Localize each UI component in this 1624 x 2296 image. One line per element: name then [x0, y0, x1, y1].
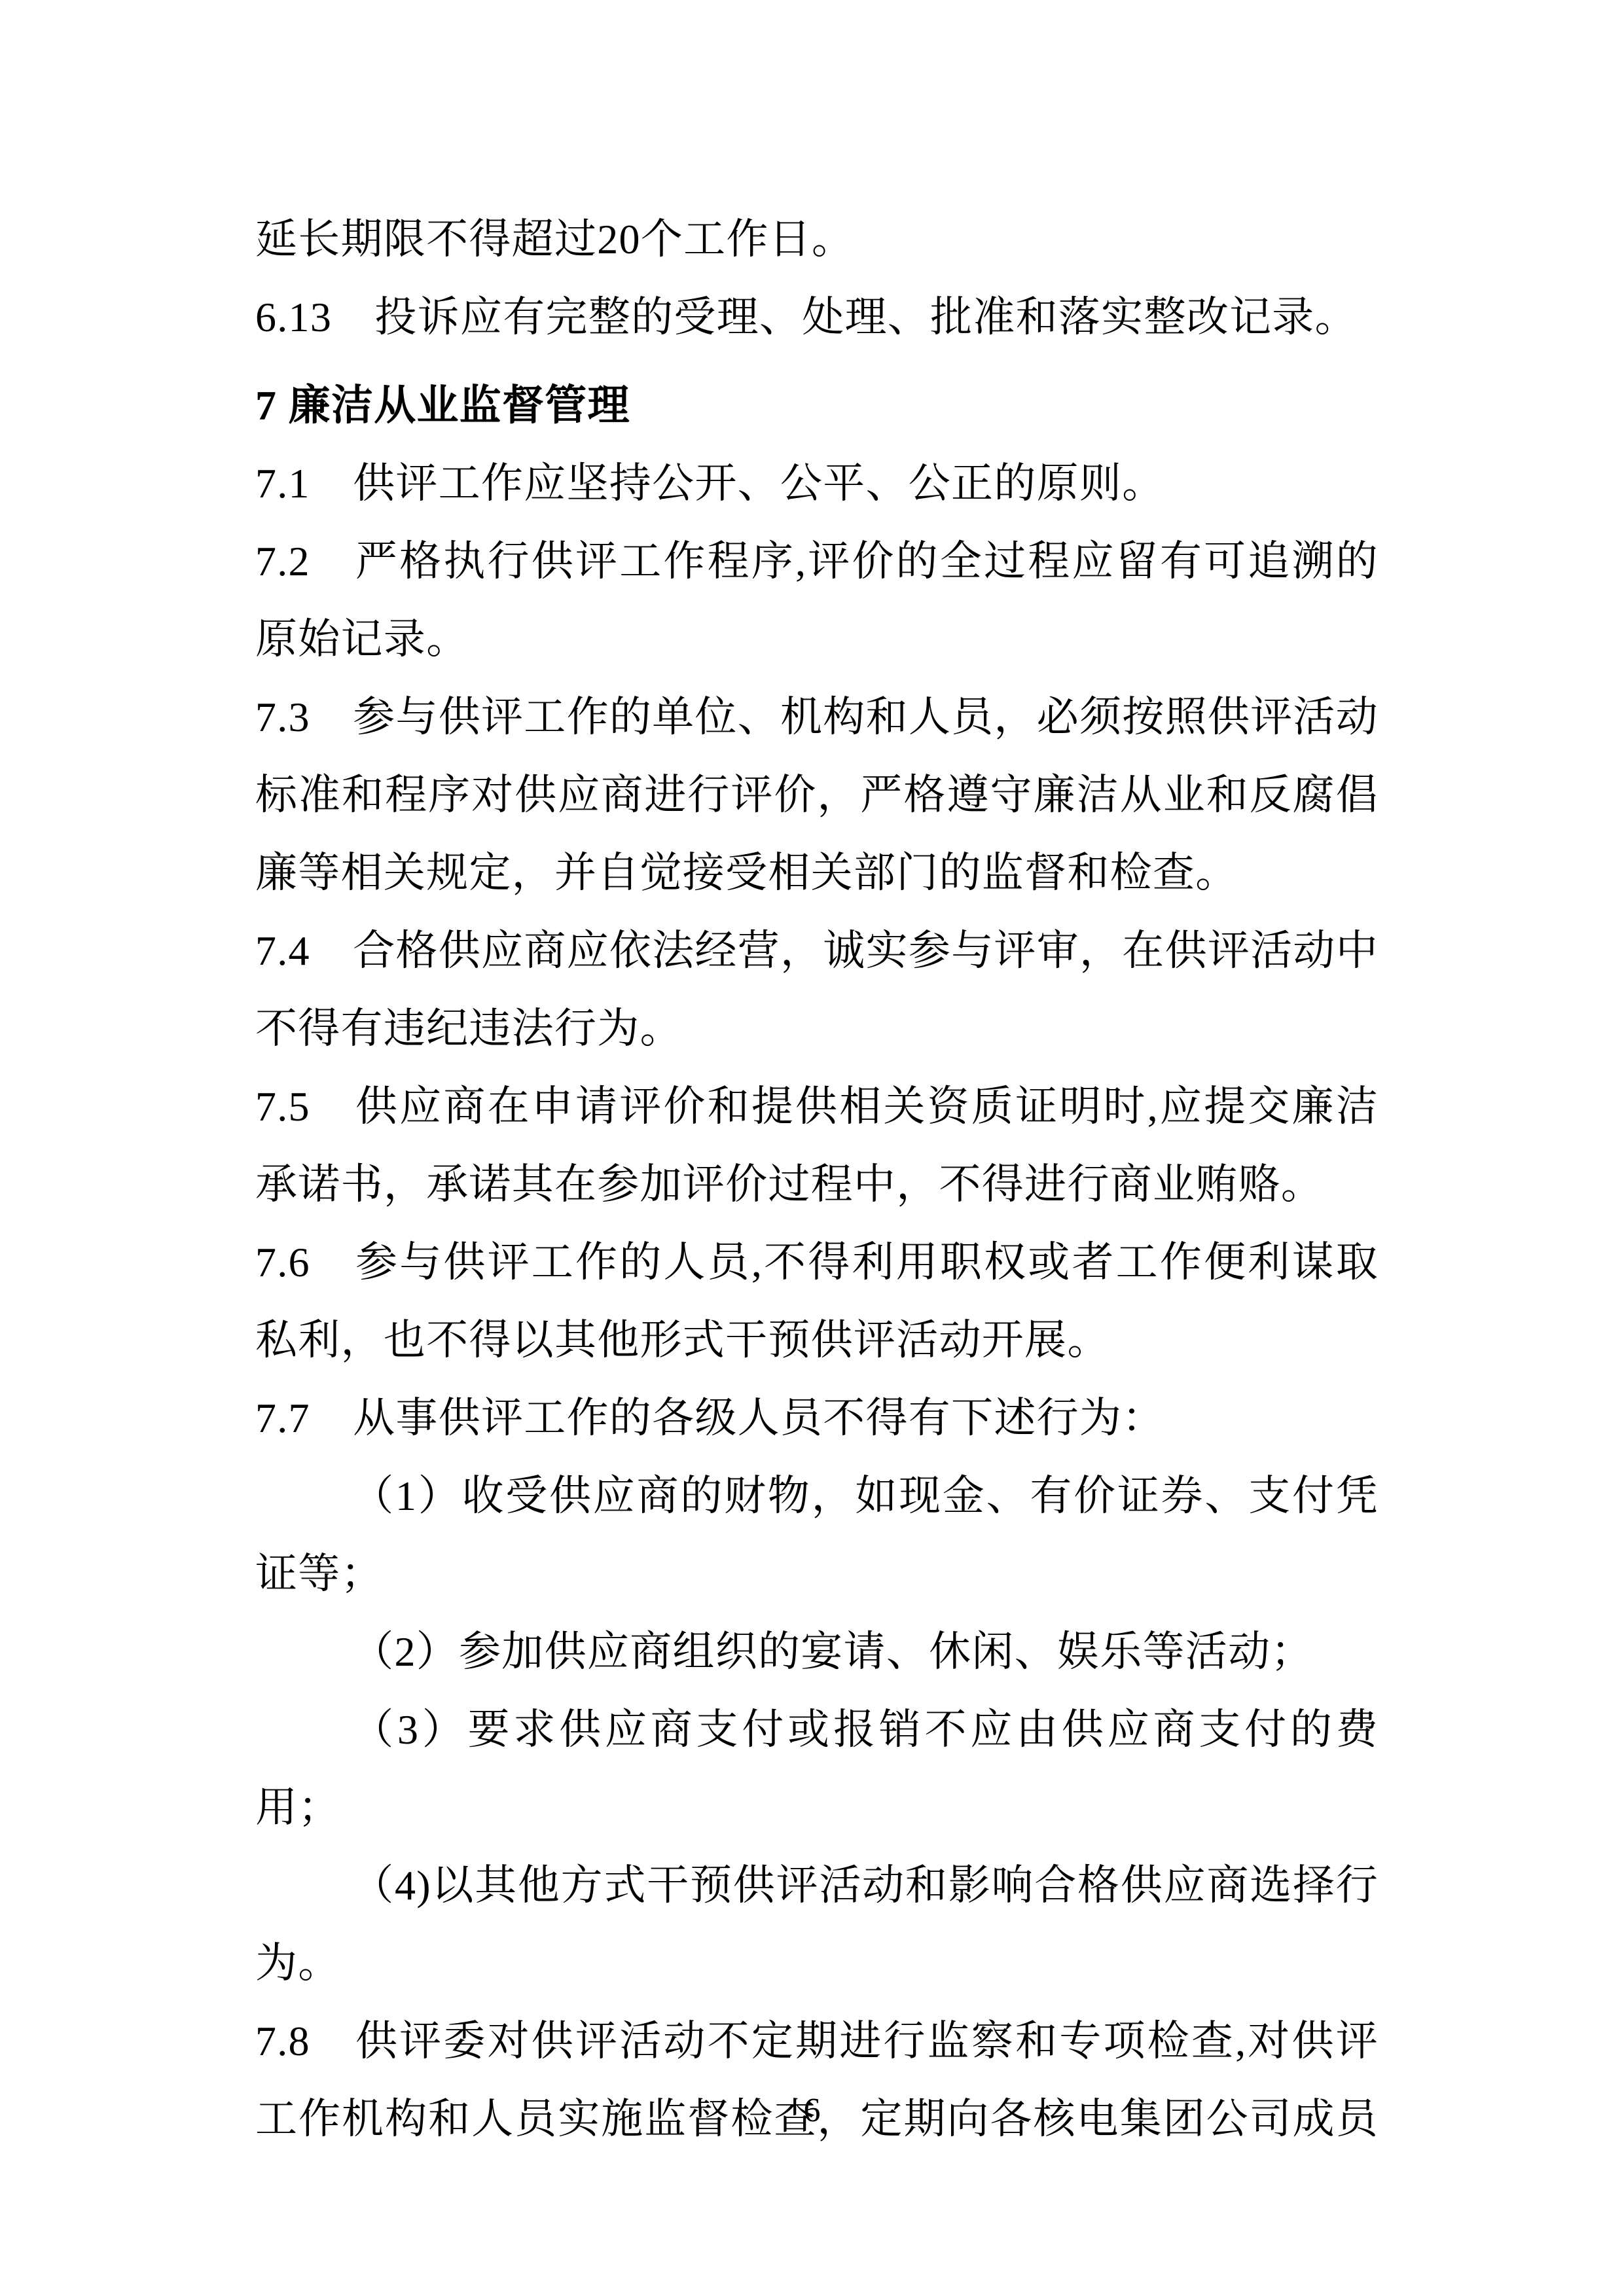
paragraph-7-6: 7.6 参与供评工作的人员,不得利用职权或者工作便利谋取私利，也不得以其他形式干… [255, 1223, 1379, 1379]
section-heading-7: 7 廉洁从业监督管理 [255, 367, 1379, 444]
paragraph-continuation-top: 延长期限不得超过20个工作日。 [255, 200, 1379, 278]
list-item-4: （4)以其他方式干预供评活动和影响合格供应商选择行为。 [255, 1846, 1379, 2002]
list-item-2: （2）参加供应商组织的宴请、休闲、娱乐等活动； [255, 1613, 1379, 1691]
paragraph-7-7: 7.7 从事供评工作的各级人员不得有下述行为： [255, 1379, 1379, 1457]
paragraph-7-3: 7.3 参与供评工作的单位、机构和人员，必须按照供评活动标准和程序对供应商进行评… [255, 678, 1379, 912]
paragraph-7-2: 7.2 严格执行供评工作程序,评价的全过程应留有可追溯的原始记录。 [255, 522, 1379, 678]
page-number: 6 [0, 2091, 1624, 2130]
paragraph-6-13: 6.13 投诉应有完整的受理、处理、批准和落实整改记录。 [255, 278, 1379, 356]
paragraph-7-8: 7.8 供评委对供评活动不定期进行监察和专项检查,对供评工作机构和人员实施监督检… [255, 2002, 1379, 2158]
paragraph-7-4: 7.4 合格供应商应依法经营，诚实参与评审，在供评活动中不得有违纪违法行为。 [255, 912, 1379, 1067]
paragraph-7-5: 7.5 供应商在申请评价和提供相关资质证明时,应提交廉洁承诺书，承诺其在参加评价… [255, 1067, 1379, 1223]
list-item-3: （3）要求供应商支付或报销不应由供应商支付的费用； [255, 1691, 1379, 1846]
document-body: 延长期限不得超过20个工作日。 6.13 投诉应有完整的受理、处理、批准和落实整… [255, 200, 1379, 2158]
list-item-1: （1）收受供应商的财物，如现金、有价证券、支付凭证等； [255, 1457, 1379, 1613]
document-page: 延长期限不得超过20个工作日。 6.13 投诉应有完整的受理、处理、批准和落实整… [0, 0, 1624, 2296]
paragraph-7-1: 7.1 供评工作应坚持公开、公平、公正的原则。 [255, 444, 1379, 522]
